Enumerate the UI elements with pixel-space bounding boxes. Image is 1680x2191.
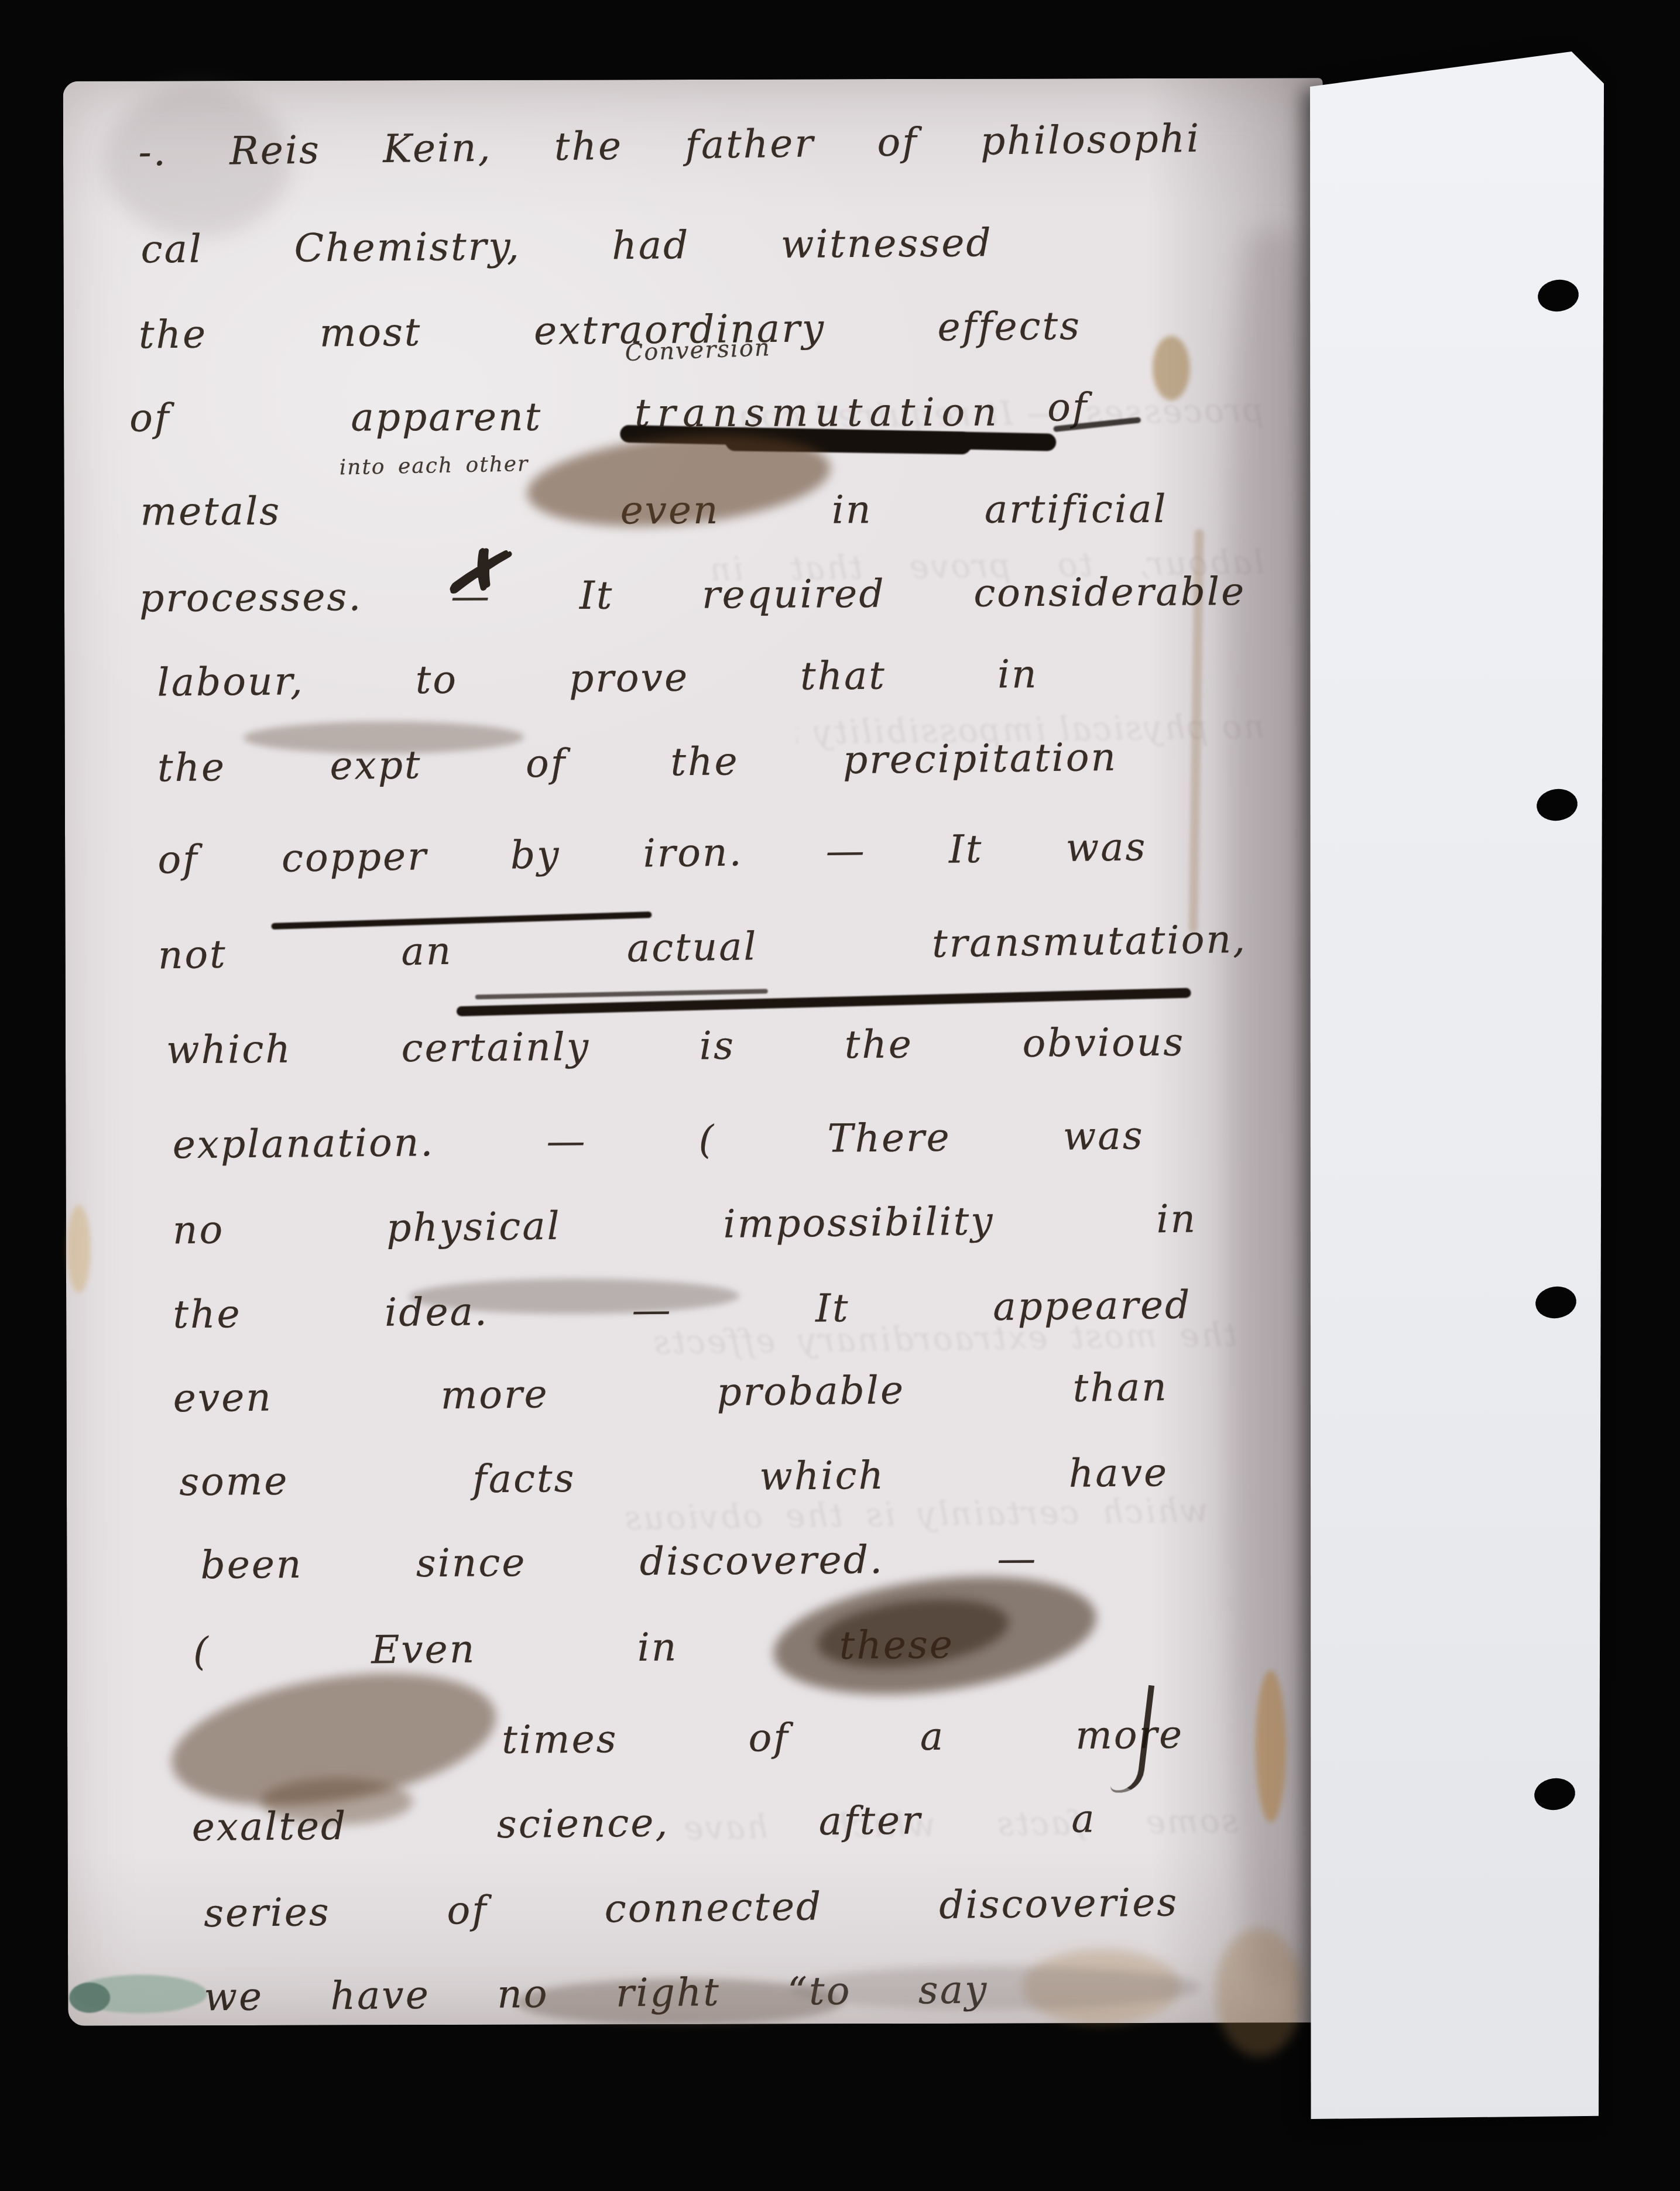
tan-stain	[1153, 336, 1190, 400]
manuscript-line: we have no right “to say	[204, 1969, 989, 2018]
manuscript-line: -. Reis Kein, the father of philosophi	[138, 118, 1201, 174]
manuscript-page: processes. — It required considerable la…	[63, 78, 1328, 2026]
manuscript-line: been since discovered. —	[200, 1538, 1038, 1587]
pen-flourish-mark	[1110, 1682, 1154, 1796]
punch-hole	[1536, 277, 1581, 314]
manuscript-line: which certainly is the obvious	[166, 1021, 1185, 1072]
line-fragment: even in artificial	[620, 488, 1167, 532]
manuscript-line: series of connected discoveries	[204, 1881, 1179, 1935]
manuscript-line: times of a more	[502, 1714, 1184, 1762]
manuscript-line: of apparent transmutation of	[64, 394, 1324, 497]
photograph: { "colors": { "backdrop": "#060606", "pa…	[0, 0, 1680, 2191]
tan-stain	[1022, 1949, 1180, 2025]
manuscript-line: of copper by iron. — It was	[157, 826, 1147, 882]
corner-teal-mark	[73, 1974, 207, 2014]
underline-mark	[475, 989, 768, 999]
manuscript-line: labour, to prove that in	[157, 653, 1038, 704]
interline-insertion: Conversion	[625, 335, 771, 366]
manuscript-line: some facts which have	[179, 1452, 1169, 1504]
manuscript-line: cal Chemistry, had witnessed	[140, 222, 993, 271]
line-fragment: of apparent	[129, 396, 542, 440]
punch-hole	[1535, 786, 1580, 823]
corner-teal-mark	[69, 1983, 110, 2013]
punch-hole	[1532, 1775, 1578, 1812]
underline-mark	[457, 988, 1191, 1017]
manuscript-line: the expt of the precipitation	[157, 736, 1118, 790]
manuscript-line: exalted science, after a	[191, 1798, 1096, 1849]
line-fragment: metals	[140, 491, 281, 533]
ink-smudge	[162, 1652, 505, 1826]
strikethrough-mark	[725, 428, 972, 454]
manuscript-line: explanation. — ( There was	[172, 1115, 1144, 1167]
manuscript-line: the idea. — It appeared	[173, 1284, 1192, 1336]
punch-hole	[1534, 1284, 1579, 1321]
tan-stain	[1256, 1670, 1287, 1822]
manuscript-line: ( Even in these	[193, 1624, 955, 1674]
interline-insertion: into each other	[339, 452, 529, 479]
manuscript-line: processes. — It required considerable	[139, 571, 1246, 620]
manuscript-line: even more probable than	[173, 1366, 1168, 1420]
manuscript-line: no physical impossibility in	[173, 1198, 1198, 1251]
backing-sheet	[1310, 52, 1604, 2119]
tan-stain	[67, 1205, 91, 1293]
manuscript-line: the most extraordinary effects	[139, 305, 1082, 356]
tan-stain	[1215, 1928, 1304, 2056]
